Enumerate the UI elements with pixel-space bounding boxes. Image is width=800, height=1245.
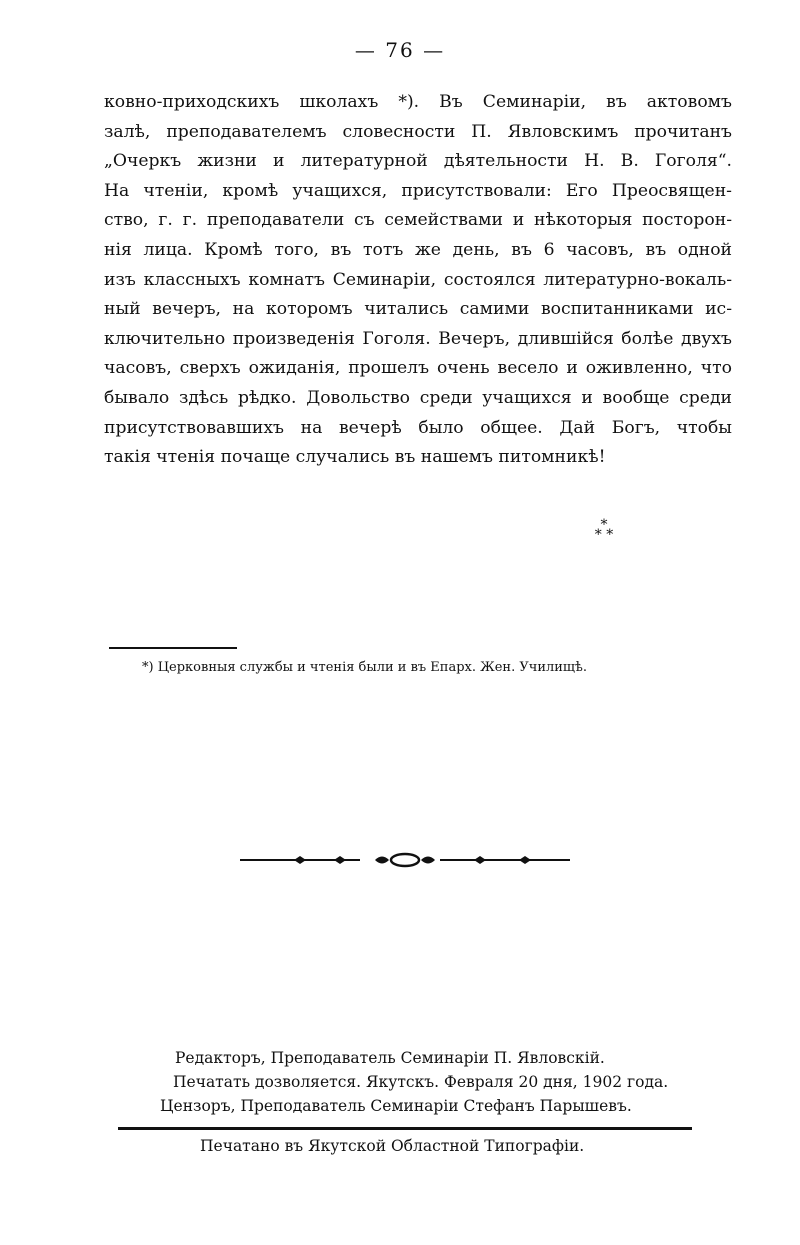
text-line: изъ классныхъ комнатъ Семинаріи, состоял… bbox=[104, 266, 732, 296]
text-line: присутствовавшихъ на вечерѣ было общее. … bbox=[104, 414, 732, 444]
text-line: ный вечеръ, на которомъ читались самими … bbox=[104, 295, 732, 325]
imprint-editor: Редакторъ, Преподаватель Семинаріи П. Яв… bbox=[175, 1049, 800, 1067]
body-text: ковно-приходскихъ школахъ *). Въ Семинар… bbox=[104, 88, 732, 473]
text-line: залѣ, преподавателемъ словесности П. Явл… bbox=[104, 118, 732, 148]
text-line: ство, г. г. преподаватели съ семействами… bbox=[104, 206, 732, 236]
page-number: — 76 — bbox=[0, 38, 800, 62]
footnote: *) Церковныя службы и чтенія были и въ Е… bbox=[142, 660, 587, 675]
footnote-rule bbox=[109, 647, 237, 649]
imprint-censor: Цензоръ, Преподаватель Семинаріи Стефанъ… bbox=[160, 1097, 800, 1115]
text-line: бывало здѣсь рѣдко. Довольство среди уча… bbox=[104, 384, 732, 414]
imprint-printer: Печатано въ Якутской Областной Типографі… bbox=[200, 1137, 800, 1155]
text-line: ковно-приходскихъ школахъ *). Въ Семинар… bbox=[104, 88, 732, 118]
ornament-divider bbox=[240, 850, 570, 870]
imprint-rule bbox=[118, 1127, 692, 1130]
text-line: нія лица. Кромѣ того, въ тотъ же день, в… bbox=[104, 236, 732, 266]
text-line: такія чтенія почаще случались въ нашемъ … bbox=[104, 443, 732, 473]
text-line: На чтеніи, кромѣ учащихся, присутствовал… bbox=[104, 177, 732, 207]
asterism: * * * bbox=[584, 520, 624, 540]
text-line: ключительно произведенія Гоголя. Вечеръ,… bbox=[104, 325, 732, 355]
text-line: „Очеркъ жизни и литературной дѣятельност… bbox=[104, 147, 732, 177]
text-line: часовъ, сверхъ ожиданія, прошелъ очень в… bbox=[104, 354, 732, 384]
imprint-permission: Печатать дозволяется. Якутскъ. Февраля 2… bbox=[173, 1073, 800, 1091]
